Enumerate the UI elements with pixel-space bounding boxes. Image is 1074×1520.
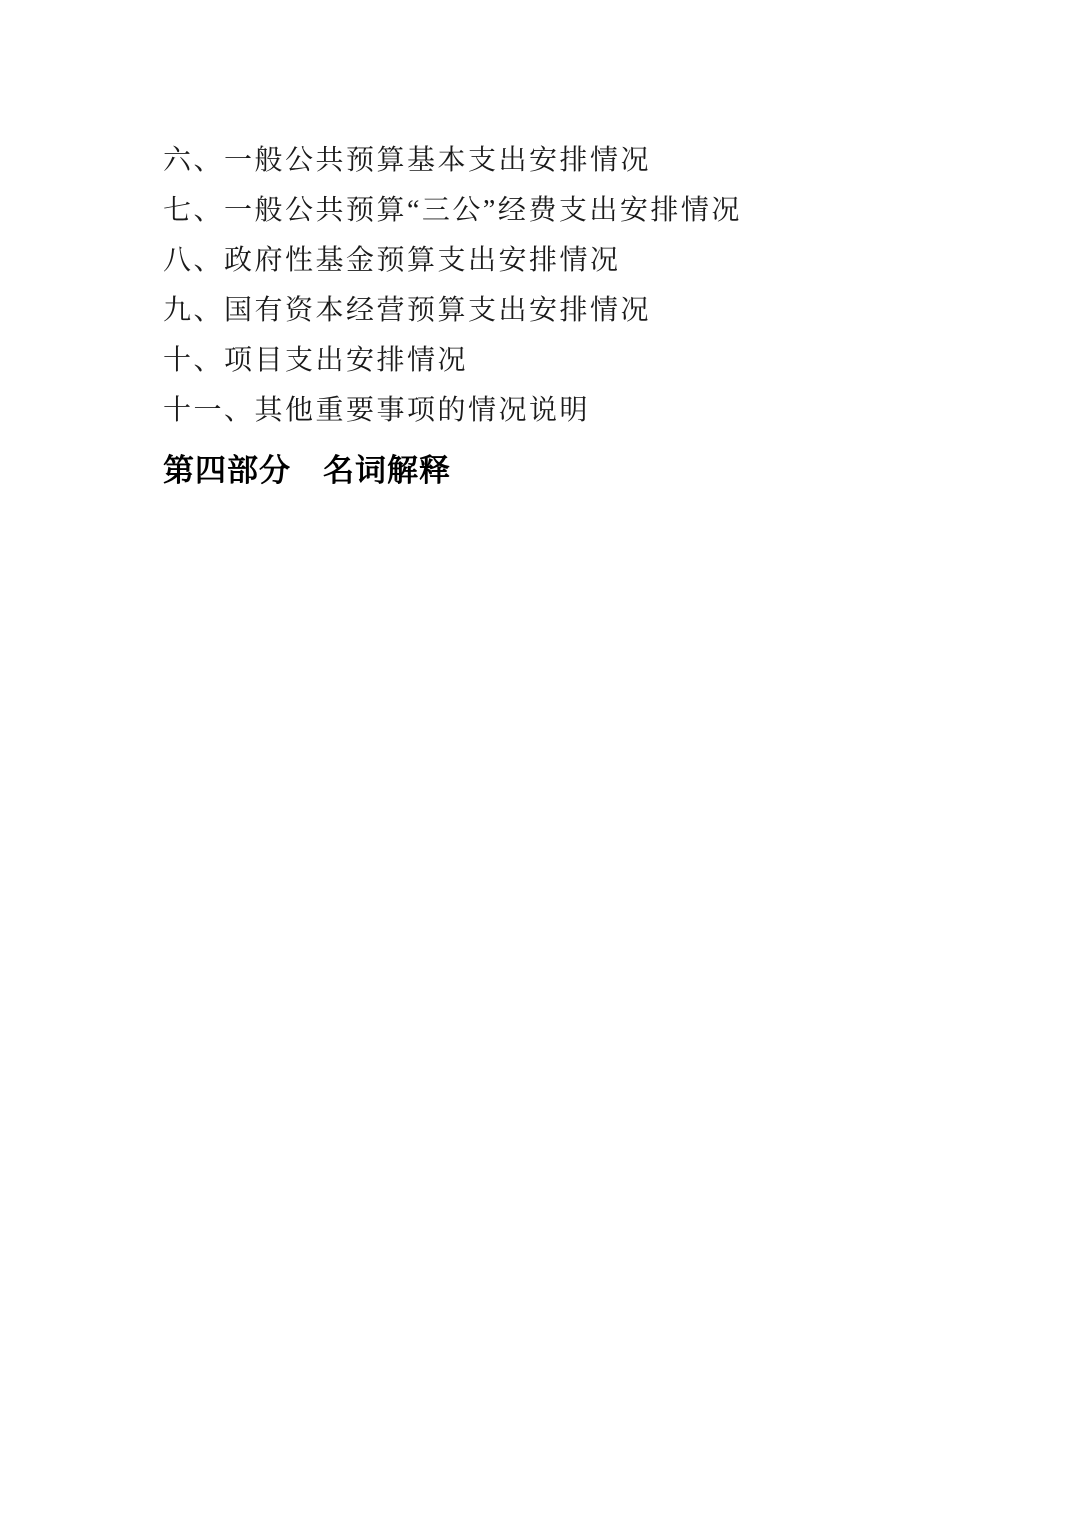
toc-item-10: 十、项目支出安排情况 <box>163 336 953 386</box>
toc-item-8: 八、政府性基金预算支出安排情况 <box>163 236 953 286</box>
toc-item-11: 十一、其他重要事项的情况说明 <box>163 386 953 436</box>
toc-item-7: 七、一般公共预算“三公”经费支出安排情况 <box>163 186 953 236</box>
section-heading-part4: 第四部分 名词解释 <box>163 446 953 496</box>
page-content: 六、一般公共预算基本支出安排情况 七、一般公共预算“三公”经费支出安排情况 八、… <box>163 136 953 496</box>
document-page: 六、一般公共预算基本支出安排情况 七、一般公共预算“三公”经费支出安排情况 八、… <box>0 0 1074 1520</box>
toc-item-9: 九、国有资本经营预算支出安排情况 <box>163 286 953 336</box>
toc-item-6: 六、一般公共预算基本支出安排情况 <box>163 136 953 186</box>
